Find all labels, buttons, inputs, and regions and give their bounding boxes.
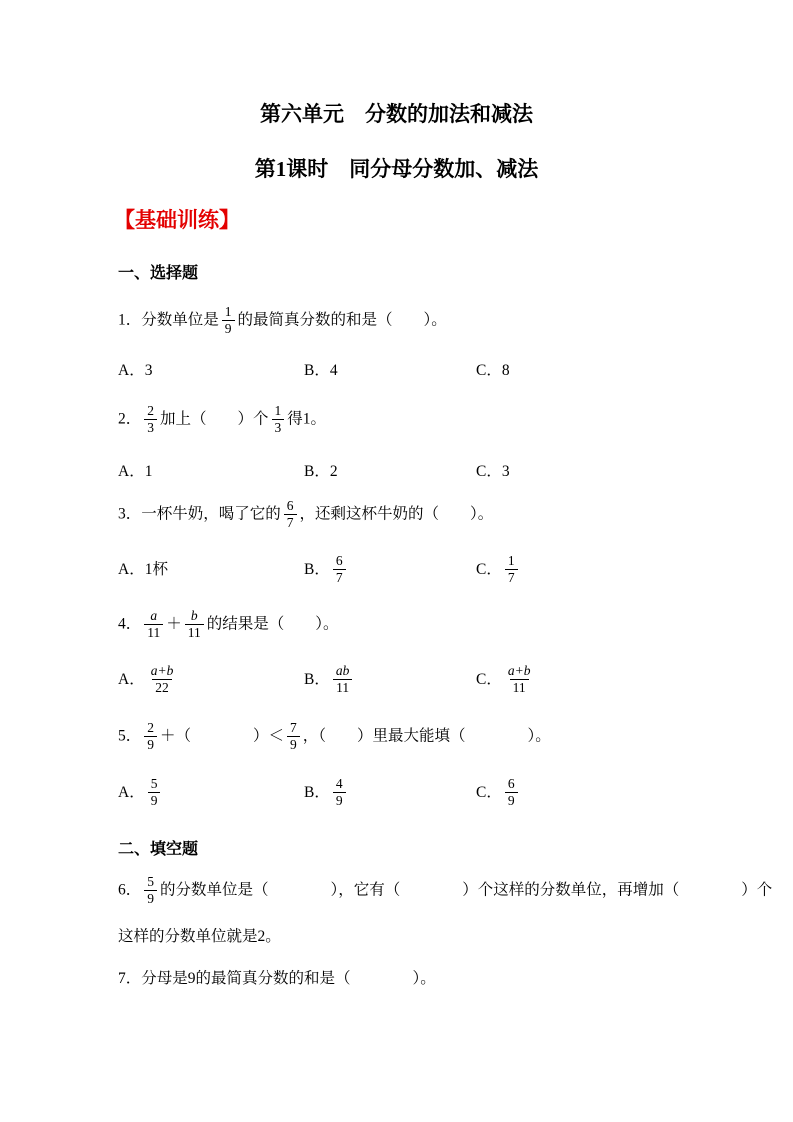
- fraction: 29: [144, 720, 157, 753]
- option-b: B．ab11: [304, 663, 476, 696]
- numerator: 6: [284, 498, 297, 514]
- question-2-text-post: 得1。: [287, 411, 326, 428]
- question-4-text: 的结果是（ ）。: [207, 616, 339, 633]
- question-6-line-2: 这样的分数单位就是2。: [118, 926, 281, 948]
- unit-title: 第六单元 分数的加法和减法: [0, 100, 793, 128]
- denominator: 11: [333, 679, 352, 696]
- option-a: A．59: [118, 776, 304, 809]
- numerator: 1: [505, 553, 518, 569]
- fraction: 59: [144, 874, 157, 907]
- denominator: 9: [148, 792, 161, 809]
- fraction: b11: [185, 608, 204, 641]
- numerator: b: [188, 608, 201, 624]
- question-5-text-post: ，（ ）里最大能填（ ）。: [303, 728, 551, 745]
- option-a: A．1杯: [118, 559, 304, 580]
- fraction: 67: [333, 553, 346, 586]
- option-c: C．a+b11: [476, 663, 678, 696]
- fraction: 13: [272, 403, 285, 436]
- options-row-4: A．a+b22 B．ab11 C．a+b11: [118, 663, 678, 696]
- choice-section-heading: 一、选择题: [118, 263, 198, 285]
- fraction: 67: [284, 498, 297, 531]
- option-b-label: B．: [304, 559, 330, 580]
- option-c-label: C．: [476, 782, 502, 803]
- denominator: 11: [144, 624, 163, 641]
- fraction: a11: [144, 608, 163, 641]
- option-b: B．67: [304, 553, 476, 586]
- numerator: 4: [333, 776, 346, 792]
- numerator: a+b: [148, 663, 177, 679]
- option-c-label: C．: [476, 559, 502, 580]
- numerator: 6: [505, 776, 518, 792]
- option-c-label: C．: [476, 669, 502, 690]
- options-row-1: A．3 B．4 C．8: [118, 360, 678, 381]
- option-b: B．2: [304, 461, 476, 482]
- question-6: 6．59的分数单位是（ ），它有（ ）个这样的分数单位，再增加（ ）个: [118, 874, 772, 907]
- fraction: a+b22: [148, 663, 177, 696]
- denominator: 9: [333, 792, 346, 809]
- lesson-title: 第1课时 同分母分数加、减法: [0, 155, 793, 183]
- denominator: 7: [505, 569, 518, 586]
- numerator: 2: [144, 720, 157, 736]
- denominator: 7: [333, 569, 346, 586]
- numerator: a+b: [505, 663, 534, 679]
- numerator: 5: [148, 776, 161, 792]
- question-1: 1．分数单位是19的最简真分数的和是（ ）。: [118, 304, 447, 337]
- question-2-number: 2．: [118, 411, 141, 428]
- question-4-number: 4．: [118, 616, 141, 633]
- options-row-2: A．1 B．2 C．3: [118, 461, 678, 482]
- denominator: 9: [144, 890, 157, 907]
- denominator: 9: [287, 736, 300, 753]
- numerator: 1: [272, 403, 285, 419]
- denominator: 11: [510, 679, 529, 696]
- question-5-number: 5．: [118, 728, 141, 745]
- fraction: 79: [287, 720, 300, 753]
- option-a: A．3: [118, 360, 304, 381]
- fraction: 59: [148, 776, 161, 809]
- options-row-5: A．59 B．49 C．69: [118, 776, 678, 809]
- question-3: 3．一杯牛奶，喝了它的67，还剩这杯牛奶的（ ）。: [118, 498, 493, 531]
- option-c: C．3: [476, 461, 678, 482]
- denominator: 3: [272, 419, 285, 436]
- denominator: 11: [185, 624, 204, 641]
- numerator: 6: [333, 553, 346, 569]
- worksheet-page: 第六单元 分数的加法和减法 第1课时 同分母分数加、减法 【基础训练】 一、选择…: [0, 0, 793, 1122]
- denominator: 22: [152, 679, 172, 696]
- option-a-label: A．: [118, 782, 145, 803]
- fraction: a+b11: [505, 663, 534, 696]
- option-b: B．4: [304, 360, 476, 381]
- question-1-text: 1．分数单位是: [118, 312, 219, 329]
- question-2: 2．23加上（ ）个13得1。: [118, 403, 326, 436]
- plus-sign: ＋: [166, 616, 182, 633]
- fraction: 69: [505, 776, 518, 809]
- denominator: 9: [222, 320, 235, 337]
- fill-section-heading: 二、填空题: [118, 839, 198, 861]
- question-2-text: 加上（ ）个: [160, 411, 269, 428]
- numerator: a: [147, 608, 160, 624]
- question-4: 4．a11＋b11的结果是（ ）。: [118, 608, 339, 641]
- options-row-3: A．1杯 B．67 C．17: [118, 553, 678, 586]
- fraction: 17: [505, 553, 518, 586]
- numerator: 5: [144, 874, 157, 890]
- fraction: 23: [144, 403, 157, 436]
- question-7: 7．分母是9的最简真分数的和是（ ）。: [118, 968, 436, 990]
- question-6-text: 的分数单位是（ ），它有（ ）个这样的分数单位，再增加（ ）个: [160, 882, 772, 899]
- denominator: 3: [144, 419, 157, 436]
- numerator: 7: [287, 720, 300, 736]
- option-b: B．49: [304, 776, 476, 809]
- question-3-text-post: ，还剩这杯牛奶的（ ）。: [300, 506, 494, 523]
- denominator: 9: [144, 736, 157, 753]
- denominator: 9: [505, 792, 518, 809]
- numerator: 1: [222, 304, 235, 320]
- fraction: ab11: [333, 663, 353, 696]
- question-1-text-post: 的最简真分数的和是（ ）。: [238, 312, 447, 329]
- option-a-label: A．: [118, 669, 145, 690]
- option-c: C．69: [476, 776, 678, 809]
- fraction: 19: [222, 304, 235, 337]
- question-3-text: 3．一杯牛奶，喝了它的: [118, 506, 281, 523]
- option-a: A．a+b22: [118, 663, 304, 696]
- question-5: 5．29＋（ ）＜79，（ ）里最大能填（ ）。: [118, 720, 551, 753]
- fraction: 49: [333, 776, 346, 809]
- option-b-label: B．: [304, 782, 330, 803]
- numerator: ab: [333, 663, 353, 679]
- question-6-number: 6．: [118, 882, 141, 899]
- option-b-label: B．: [304, 669, 330, 690]
- option-c: C．8: [476, 360, 678, 381]
- denominator: 7: [284, 514, 297, 531]
- numerator: 2: [144, 403, 157, 419]
- basic-training-label: 【基础训练】: [114, 206, 240, 234]
- option-a: A．1: [118, 461, 304, 482]
- question-5-text: ＋（ ）＜: [160, 728, 284, 745]
- option-c: C．17: [476, 553, 678, 586]
